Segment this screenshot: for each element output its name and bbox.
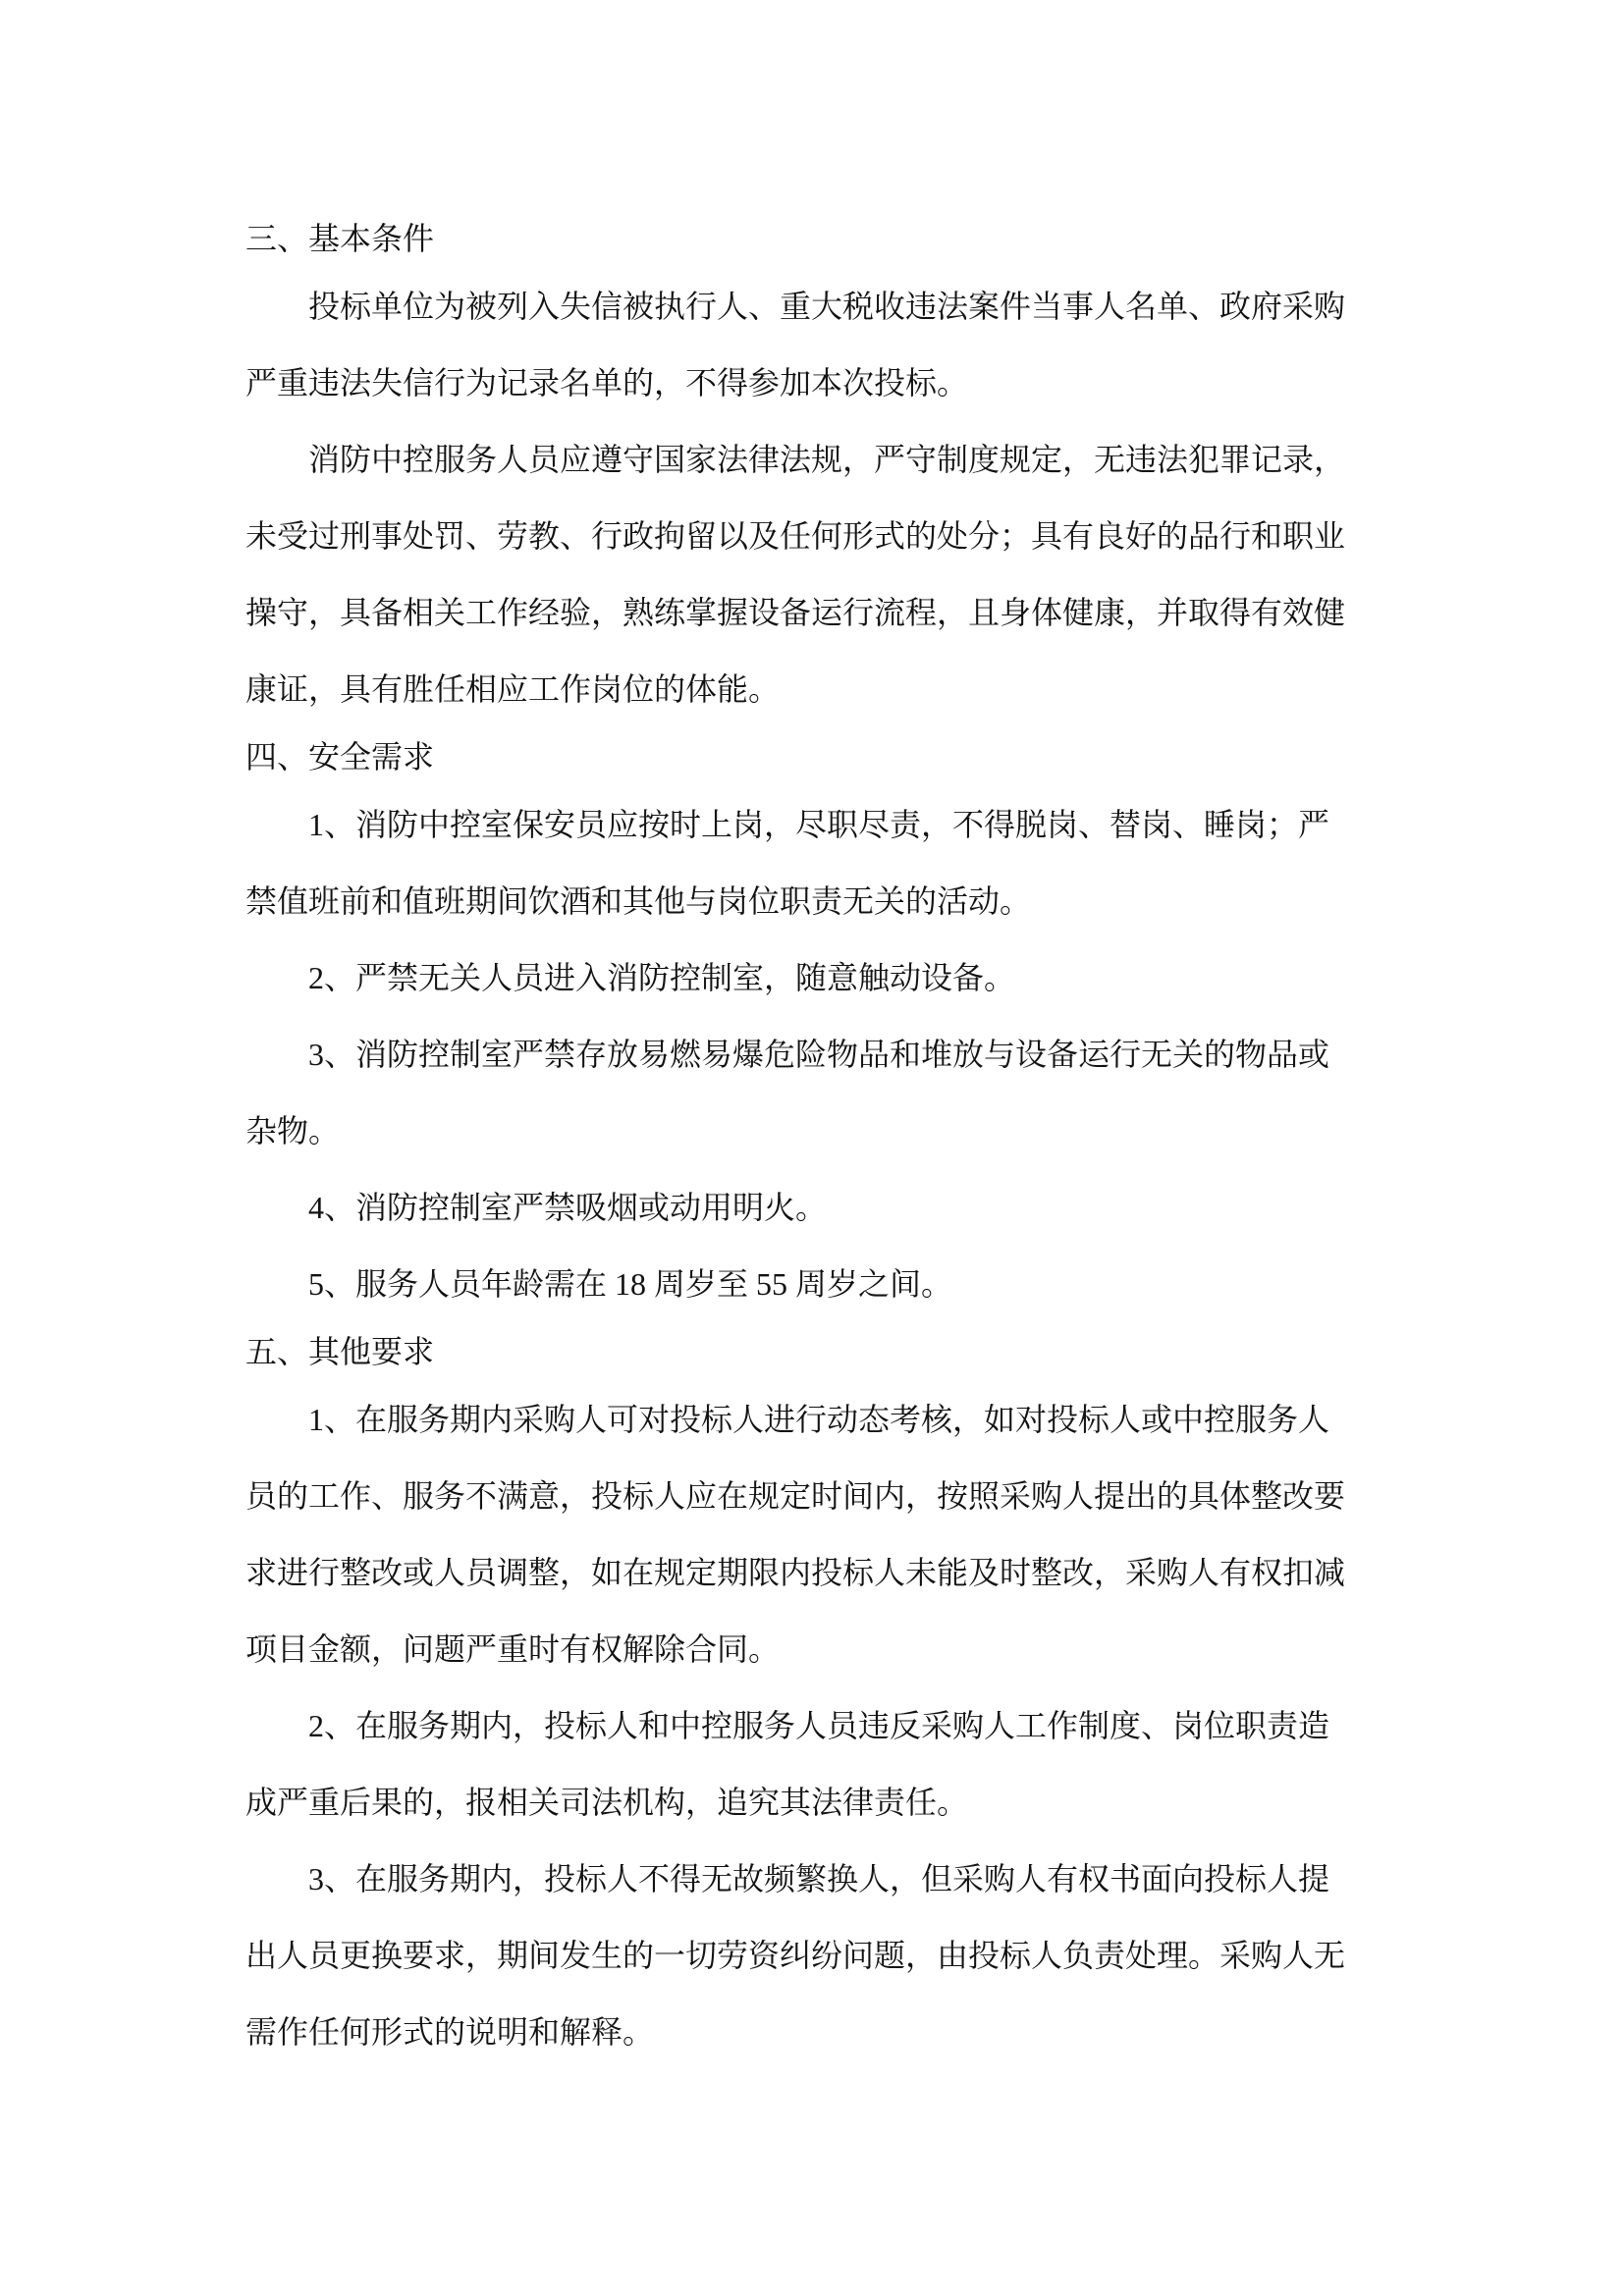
heading-section-5-other-requirements: 五、其他要求 [245, 1322, 1379, 1381]
para-other-item-2: 2、在服务期内，投标人和中控服务人员违反采购人工作制度、岗位职责造 成严重后果的… [245, 1687, 1379, 1841]
para-safety-item-2: 2、严禁无关人员进入消防控制室，随意触动设备。 [245, 939, 1379, 1016]
para-personnel-basic-requirements: 消防中控服务人员应遵守国家法律法规，严守制度规定，无违法犯罪记录， 未受过刑事处… [245, 421, 1379, 727]
para-safety-item-5: 5、服务人员年龄需在 18 周岁至 55 周岁之间。 [245, 1246, 1379, 1322]
para-safety-item-1: 1、消防中控室保安员应按时上岗，尽职尽责，不得脱岗、替岗、睡岗；严 禁值班前和值… [245, 786, 1379, 939]
para-safety-item-4: 4、消防控制室严禁吸烟或动用明火。 [245, 1169, 1379, 1246]
para-other-item-3: 3、在服务期内，投标人不得无故频繁换人，但采购人有权书面向投标人提 出人员更换要… [245, 1841, 1379, 2070]
para-other-item-1: 1、在服务期内采购人可对投标人进行动态考核，如对投标人或中控服务人 员的工作、服… [245, 1381, 1379, 1687]
heading-section-4-safety-requirements: 四、安全需求 [245, 727, 1379, 786]
para-safety-item-3: 3、消防控制室严禁存放易燃易爆危险物品和堆放与设备运行无关的物品或 杂物。 [245, 1016, 1379, 1169]
heading-section-3-basic-conditions: 三、基本条件 [245, 209, 1379, 268]
document-page: 三、基本条件 投标单位为被列入失信被执行人、重大税收违法案件当事人名单、政府采购… [0, 0, 1624, 2296]
para-dishonesty-blacklist: 投标单位为被列入失信被执行人、重大税收违法案件当事人名单、政府采购 严重违法失信… [245, 268, 1379, 421]
